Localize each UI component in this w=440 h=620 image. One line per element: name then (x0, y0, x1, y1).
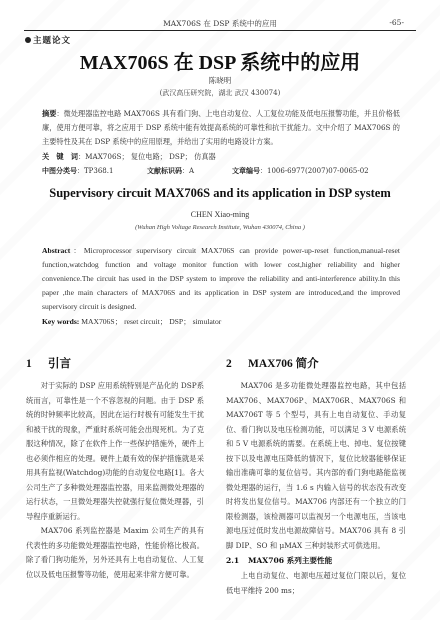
author-name-en: CHEN Xiao-ming (0, 210, 440, 219)
document-code: 文献标识码：A (147, 166, 194, 176)
subsection-number: 2.1 (226, 554, 248, 568)
abstract-cn-label: 摘要 (42, 109, 56, 118)
keywords-cn-label: 关 键 词 (42, 152, 78, 161)
column-right: 2MAX706 简介 MAX706 是多功能微处理器监控电路，其中包括 MAX7… (226, 355, 406, 598)
paper-title: MAX706S 在 DSP 系统中的应用 (0, 46, 440, 75)
section-tag-label: 主题论文 (33, 36, 71, 46)
keywords-cn-text: ：MAX706S； 复位电路； DSP； 仿真器 (78, 152, 216, 161)
running-head-title: MAX706S 在 DSP 系统中的应用 (24, 18, 416, 29)
keywords-en-text: MAX706S； reset circuit； DSP； simulator (79, 317, 221, 326)
abstract-cn-text: ：微处理器监控电路 MAX706S 具有看门狗、上电自动复位、人工复位功能及低电… (42, 109, 400, 146)
classification-row: 中图分类号：TP368.1 文献标识码：A 文章编号：1006-6977(200… (42, 166, 400, 178)
paragraph: 上电自动复位、电源电压超过复位门限以后，复位低电平维持 200 ms； (226, 569, 406, 598)
header-rule (24, 30, 416, 31)
paper-title-en: Supervisory circuit MAX706S and its appl… (0, 186, 440, 201)
author-name: 陈晓明 (0, 75, 440, 86)
abstract-cn: 摘要：微处理器监控电路 MAX706S 具有看门狗、上电自动复位、人工复位功能及… (42, 107, 400, 149)
section-title: 引言 (48, 358, 71, 370)
section-heading-intro: 1引言 (26, 355, 204, 371)
page-number: -65- (389, 18, 404, 27)
running-head: MAX706S 在 DSP 系统中的应用 -65- (24, 15, 416, 29)
abstract-en-text: ：Microprocessor supervisory circuit MAX7… (42, 246, 400, 311)
subsection-title: MAX706 系列主要性能 (248, 556, 332, 565)
section-number: 2 (226, 358, 248, 370)
section-title: MAX706 简介 (248, 358, 319, 370)
keywords-cn: 关 键 词：MAX706S； 复位电路； DSP； 仿真器 (42, 152, 216, 162)
article-number: 文章编号：1006-6977(2007)07-0065-02 (232, 166, 369, 176)
author-affiliation-en: (Wuhan High Voltage Research Institute, … (0, 224, 440, 231)
section-heading-overview: 2MAX706 简介 (226, 355, 406, 371)
section-number: 1 (26, 358, 48, 370)
paragraph: MAX706 系列监控器是 Maxim 公司生产的具有代表性的多功能微处理器监控… (26, 524, 204, 582)
clc-number: 中图分类号：TP368.1 (42, 166, 113, 176)
keywords-en: Key words: MAX706S； reset circuit； DSP； … (42, 316, 221, 327)
keywords-en-label: Key words: (42, 317, 79, 326)
section-tag: 主题论文 (25, 34, 71, 46)
paragraph: 对于实际的 DSP 应用系统特别是产品化的 DSP系统而言，可靠性是一个不容忽视… (26, 379, 204, 524)
author-affiliation: (武汉高压研究院，湖北 武汉 430074) (0, 88, 440, 98)
abstract-en-label: Abstract (42, 246, 70, 255)
abstract-en: Abstract：Microprocessor supervisory circ… (42, 244, 400, 314)
bullet-icon (25, 37, 31, 43)
journal-page: MAX706S 在 DSP 系统中的应用 -65- 主题论文 MAX706S 在… (0, 0, 440, 620)
paragraph: MAX706 是多功能微处理器监控电路，其中包括 MAX706、MAX706P、… (226, 379, 406, 553)
column-left: 1引言 对于实际的 DSP 应用系统特别是产品化的 DSP系统而言，可靠性是一个… (26, 355, 204, 582)
subsection-heading: 2.1MAX706 系列主要性能 (226, 554, 406, 568)
